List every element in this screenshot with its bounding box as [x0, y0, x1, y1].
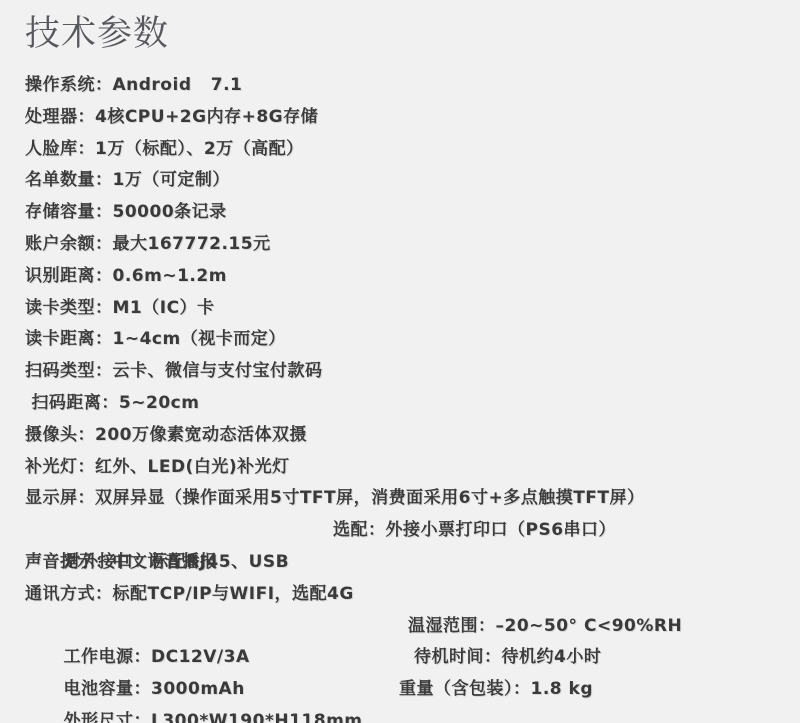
spec-row-os: 操作系统：Android 7.1 — [25, 70, 780, 102]
spec-row-card-distance: 读卡距离：1~4cm（视卡而定） — [25, 324, 780, 356]
spec-row-fill-light: 补光灯：红外、LED(白光)补光灯 — [25, 452, 780, 484]
spec-row-scan-type: 扫码类型：云卡、微信与支付宝付款码 — [25, 356, 780, 388]
spec-text-secondary: 待机时间：待机约4小时 — [414, 642, 601, 674]
spec-text: 通讯方式：标配TCP/IP与WIFI，选配4G — [25, 584, 354, 604]
spec-text: 名单数量：1万（可定制） — [25, 170, 230, 190]
spec-list: 操作系统：Android 7.1 处理器：4核CPU+2G内存+8G存储 人脸库… — [25, 70, 780, 706]
spec-text: 声音提示：中文语音播报 — [25, 552, 218, 572]
spec-text: 账户余额：最大167772.15元 — [25, 234, 271, 254]
spec-text: 存储容量：50000条记录 — [25, 202, 227, 222]
spec-row-display: 显示屏：双屏异显（操作面采用5寸TFT屏，消费面采用6寸+多点触摸TFT屏） — [25, 483, 780, 515]
spec-text: 识别距离：0.6m~1.2m — [25, 266, 227, 286]
spec-text: 人脸库：1万（标配）、2万（高配） — [25, 139, 304, 159]
spec-text: 显示屏：双屏异显（操作面采用5寸TFT屏，消费面采用6寸+多点触摸TFT屏） — [25, 488, 645, 508]
spec-text: 补光灯：红外、LED(白光)补光灯 — [25, 457, 290, 477]
spec-row-list-count: 名单数量：1万（可定制） — [25, 165, 780, 197]
spec-row-face-library: 人脸库：1万（标配）、2万（高配） — [25, 134, 780, 166]
spec-text-secondary: 温湿范围：–20~50° C<90%RH — [408, 611, 682, 643]
spec-row-communication: 通讯方式：标配TCP/IP与WIFI，选配4G — [25, 579, 780, 611]
spec-row-voice: 声音提示：中文语音播报 — [25, 547, 780, 579]
spec-row-storage: 存储容量：50000条记录 — [25, 197, 780, 229]
spec-text: 外形尺寸：L300*W190*H118mm — [64, 711, 363, 723]
spec-row-account-balance: 账户余额：最大167772.15元 — [25, 229, 780, 261]
spec-row-interfaces: 对外接口：标配RJ45、USB 选配：外接小票打印口（PS6串口） — [25, 515, 780, 547]
spec-row-camera: 摄像头：200万像素宽动态活体双摄 — [25, 420, 780, 452]
spec-text: 读卡距离：1~4cm（视卡而定） — [25, 329, 286, 349]
spec-row-cpu: 处理器：4核CPU+2G内存+8G存储 — [25, 102, 780, 134]
spec-row-card-type: 读卡类型：M1（IC）卡 — [25, 293, 780, 325]
spec-sheet-page: { "page": { "title": "技术参数", "colors": {… — [0, 0, 800, 723]
spec-text: 操作系统：Android 7.1 — [25, 75, 242, 95]
page-title: 技术参数 — [25, 12, 780, 56]
spec-sheet: 技术参数 操作系统：Android 7.1 处理器：4核CPU+2G内存+8G存… — [0, 0, 800, 706]
spec-row-battery: 电池容量：3000mAh 待机时间：待机约4小时 — [25, 642, 780, 674]
spec-text: 处理器：4核CPU+2G内存+8G存储 — [25, 107, 318, 127]
spec-row-power: 工作电源：DC12V/3A 温湿范围：–20~50° C<90%RH — [25, 611, 780, 643]
spec-row-dimensions: 外形尺寸：L300*W190*H118mm 重量（含包装）：1.8 kg — [25, 674, 780, 706]
spec-text: 读卡类型：M1（IC）卡 — [25, 298, 215, 318]
spec-row-recognition-distance: 识别距离：0.6m~1.2m — [25, 261, 780, 293]
spec-text-optional: 选配：外接小票打印口（PS6串口） — [333, 515, 616, 547]
spec-text: 扫码类型：云卡、微信与支付宝付款码 — [25, 361, 323, 381]
spec-text-secondary: 重量（含包装）：1.8 kg — [399, 674, 593, 706]
spec-row-scan-distance: 扫码距离：5~20cm — [25, 388, 780, 420]
spec-text: 扫码距离：5~20cm — [25, 393, 199, 413]
spec-text: 摄像头：200万像素宽动态活体双摄 — [25, 425, 307, 445]
